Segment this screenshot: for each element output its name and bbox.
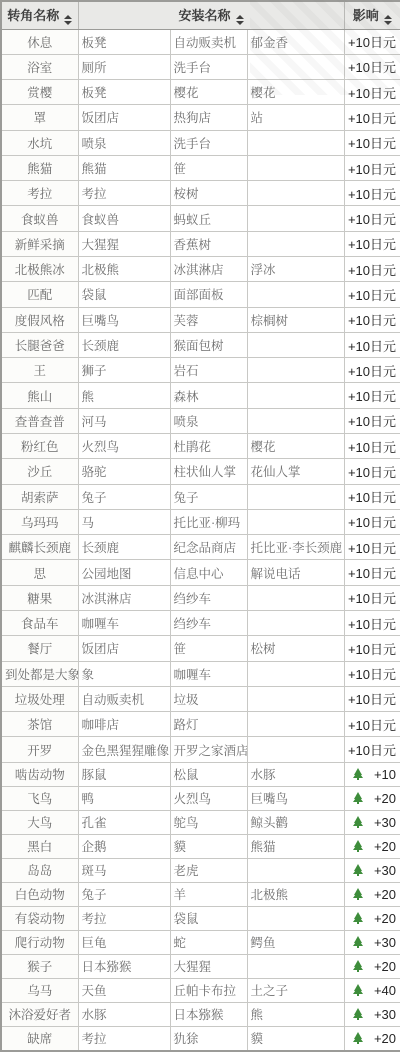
install-item-cell: 天鱼 [78,978,170,1002]
table-row: 食蚁兽食蚁兽蚂蚁丘+10日元 [1,206,400,231]
install-item-cell: 面部面板 [170,282,247,307]
effect-cell: +10日元 [344,181,400,206]
install-item-cell: 桉树 [170,181,247,206]
table-row: 长腿爸爸长颈鹿猴面包树+10日元 [1,332,400,357]
table-row: 餐厅饭团店笹松树+10日元 [1,636,400,661]
install-item-cell: 骆驼 [78,459,170,484]
install-item-cell: 笹 [170,636,247,661]
effect-value: +10日元 [348,411,396,430]
effect-cell: +10日元 [344,712,400,737]
install-item-cell: 兔子 [170,484,247,509]
table-row: 匹配袋鼠面部面板+10日元 [1,282,400,307]
effect-value: +10日元 [348,108,396,127]
install-item-cell: 板凳 [78,80,170,105]
effect-cell: +10日元 [344,585,400,610]
corner-name-cell: 猴子 [1,954,78,978]
table-row: 熊山熊森林+10日元 [1,383,400,408]
corner-name-cell: 粉红色 [1,434,78,459]
install-item-cell: 日本猕猴 [170,1002,247,1026]
install-item-cell: 熊 [247,1002,344,1026]
install-item-cell: 蚂蚁丘 [170,206,247,231]
corner-name-cell: 黑白 [1,834,78,858]
install-item-cell: 巨嘴鸟 [78,307,170,332]
install-item-cell: 冰淇淋店 [170,257,247,282]
corner-name-cell: 沙丘 [1,459,78,484]
effect-cell: +30 [344,858,400,882]
corner-name-cell: 罩 [1,105,78,130]
table-row: 乌马天鱼丘帕卡布拉土之子+40 [1,978,400,1002]
install-item-cell: 巨嘴鸟 [247,786,344,810]
table-row: 食品车咖喱车绉纱车+10日元 [1,610,400,635]
table-row: 爬行动物巨龟蛇鳄鱼+30 [1,930,400,954]
table-row: 啮齿动物豚鼠松鼠水豚+10 [1,762,400,786]
install-item-cell: 袋鼠 [78,282,170,307]
corner-name-cell: 飞鸟 [1,786,78,810]
tree-icon [353,888,364,900]
corner-name-cell: 王 [1,358,78,383]
corner-name-cell: 休息 [1,29,78,54]
install-item-cell: 厕所 [78,54,170,79]
corner-name-cell: 匹配 [1,282,78,307]
install-item-cell: 绉纱车 [170,610,247,635]
install-item-cell: 松树 [247,636,344,661]
table-row: 大鸟孔雀鸵鸟鲸头鹳+30 [1,810,400,834]
tree-icon [353,768,364,780]
install-item-cell: 咖喱车 [78,610,170,635]
table-row: 到处都是大象象咖喱车+10日元 [1,661,400,686]
effect-value: +30 [374,863,396,878]
install-item-cell: 郁金香 [247,29,344,54]
table-row: 有袋动物考拉袋鼠+20 [1,906,400,930]
install-item-cell: 北极熊 [78,257,170,282]
table-row: 黑白企鹅貘熊猫+20 [1,834,400,858]
tree-icon [353,984,364,996]
combo-table-page: 转角名称 安装名称 影响 休息板凳自动贩卖机郁金香+10日元浴室厕所洗手台+10… [0,0,400,1052]
install-item-cell: 洗手台 [170,130,247,155]
install-item-cell: 考拉 [78,1026,170,1051]
effect-cell: +20 [344,906,400,930]
install-item-cell: 熊猫 [247,834,344,858]
sort-icon [384,15,392,25]
install-item-cell: 斑马 [78,858,170,882]
effect-cell: +30 [344,930,400,954]
header-row: 转角名称 安装名称 影响 [1,1,400,29]
corner-name-cell: 食品车 [1,610,78,635]
corner-name-cell: 熊山 [1,383,78,408]
install-item-cell [247,906,344,930]
corner-name-cell: 考拉 [1,181,78,206]
table-row: 熊猫熊猫笹+10日元 [1,155,400,180]
install-item-cell: 岩石 [170,358,247,383]
effect-cell: +10日元 [344,459,400,484]
effect-value: +10日元 [348,32,396,51]
effect-value: +20 [374,959,396,974]
table-header: 转角名称 安装名称 影响 [1,1,400,29]
install-item-cell: 水豚 [247,762,344,786]
effect-cell: +10日元 [344,408,400,433]
effect-value: +10日元 [348,563,396,582]
table-row: 查普查普河马喷泉+10日元 [1,408,400,433]
install-item-cell [247,332,344,357]
corner-name-cell: 爬行动物 [1,930,78,954]
table-row: 沐浴爱好者水豚日本猕猴熊+30 [1,1002,400,1026]
effect-cell: +10 [344,762,400,786]
effect-value: +10日元 [348,614,396,633]
effect-cell: +10日元 [344,257,400,282]
effect-value: +20 [374,887,396,902]
effect-cell: +10日元 [344,130,400,155]
effect-cell: +20 [344,954,400,978]
install-item-cell [247,686,344,711]
corner-name-cell: 胡索萨 [1,484,78,509]
effect-value: +10日元 [348,159,396,178]
corner-name-cell: 啮齿动物 [1,762,78,786]
table-row: 缺席考拉犰狳貘+20 [1,1026,400,1051]
install-item-cell [247,858,344,882]
effect-cell: +10日元 [344,54,400,79]
install-item-cell: 解说电话 [247,560,344,585]
effect-value: +10日元 [348,462,396,481]
effect-value: +10日元 [348,310,396,329]
effect-cell: +20 [344,882,400,906]
install-item-cell: 香蕉树 [170,231,247,256]
install-item-cell: 咖喱车 [170,661,247,686]
corner-name-cell: 浴室 [1,54,78,79]
effect-value: +10日元 [348,487,396,506]
table-row: 麒麟长颈鹿长颈鹿纪念品商店托比亚·李长颈鹿+10日元 [1,535,400,560]
effect-cell: +10日元 [344,737,400,762]
effect-cell: +10日元 [344,661,400,686]
effect-cell: +10日元 [344,610,400,635]
effect-value: +10日元 [348,260,396,279]
effect-value: +10日元 [348,83,396,102]
install-item-cell [247,358,344,383]
effect-value: +10日元 [348,361,396,380]
install-item-cell: 鳄鱼 [247,930,344,954]
install-item-cell: 柱状仙人掌 [170,459,247,484]
install-item-cell: 站 [247,105,344,130]
install-item-cell: 巨龟 [78,930,170,954]
install-item-cell: 貘 [170,834,247,858]
tree-icon [353,1032,364,1044]
install-item-cell: 兔子 [78,484,170,509]
corner-name-cell: 乌玛玛 [1,509,78,534]
tree-icon [353,816,364,828]
table-row: 休息板凳自动贩卖机郁金香+10日元 [1,29,400,54]
effect-cell: +10日元 [344,155,400,180]
install-item-cell: 芙蓉 [170,307,247,332]
effect-cell: +10日元 [344,560,400,585]
effect-header-label: 影响 [353,8,379,23]
install-item-cell: 鲸头鹳 [247,810,344,834]
install-item-cell: 金色黑猩猩雕像 [78,737,170,762]
corner-name-cell: 餐厅 [1,636,78,661]
install-item-cell: 长颈鹿 [78,332,170,357]
install-item-cell [247,737,344,762]
install-item-cell: 饭团店 [78,105,170,130]
install-item-cell: 自动贩卖机 [78,686,170,711]
install-item-cell: 北极熊 [247,882,344,906]
effect-value: +10日元 [348,234,396,253]
effect-value: +10日元 [348,285,396,304]
install-item-cell: 企鹅 [78,834,170,858]
effect-value: +10日元 [348,588,396,607]
effect-value: +10日元 [348,538,396,557]
corner-name-cell: 有袋动物 [1,906,78,930]
effect-cell: +10日元 [344,686,400,711]
install-item-cell: 孔雀 [78,810,170,834]
tree-icon [353,912,364,924]
table-row: 赏樱板凳樱花樱花+10日元 [1,80,400,105]
install-item-cell: 象 [78,661,170,686]
table-row: 考拉考拉桉树+10日元 [1,181,400,206]
effect-cell: +30 [344,1002,400,1026]
col-header-effect[interactable]: 影响 [344,1,400,29]
col-header-install-name[interactable]: 安装名称 [78,1,344,29]
corner-name-cell: 垃圾处理 [1,686,78,711]
effect-value: +20 [374,1031,396,1046]
install-item-cell: 袋鼠 [170,906,247,930]
effect-cell: +10日元 [344,105,400,130]
table-row: 糖果冰淇淋店绉纱车+10日元 [1,585,400,610]
install-item-cell: 托比亚·李长颈鹿 [247,535,344,560]
table-row: 飞鸟鸭火烈鸟巨嘴鸟+20 [1,786,400,810]
table-row: 新鲜采摘大猩猩香蕉树+10日元 [1,231,400,256]
install-item-cell: 信息中心 [170,560,247,585]
install-item-cell: 火烈鸟 [170,786,247,810]
effect-value: +10日元 [348,689,396,708]
effect-cell: +10日元 [344,434,400,459]
effect-cell: +10日元 [344,231,400,256]
install-item-cell [247,54,344,79]
table-row: 开罗金色黑猩猩雕像开罗之家酒店+10日元 [1,737,400,762]
corner-name-cell: 开罗 [1,737,78,762]
corner-name-cell: 麒麟长颈鹿 [1,535,78,560]
install-item-cell: 垃圾 [170,686,247,711]
install-item-cell: 河马 [78,408,170,433]
sort-icon [64,15,72,25]
corner-name-cell: 北极熊冰 [1,257,78,282]
sort-icon [236,15,244,25]
install-item-cell: 杜鹃花 [170,434,247,459]
install-item-cell: 考拉 [78,181,170,206]
install-item-cell [247,130,344,155]
install-item-cell: 熊猫 [78,155,170,180]
effect-cell: +10日元 [344,332,400,357]
effect-value: +10日元 [348,715,396,734]
corner-name-cell: 赏樱 [1,80,78,105]
install-item-cell: 樱花 [247,80,344,105]
effect-value: +30 [374,815,396,830]
effect-value: +10日元 [348,209,396,228]
install-item-cell: 自动贩卖机 [170,29,247,54]
effect-value: +10日元 [348,386,396,405]
corner-name-cell: 到处都是大象 [1,661,78,686]
effect-cell: +10日元 [344,80,400,105]
corner-name-cell: 查普查普 [1,408,78,433]
effect-cell: +10日元 [344,484,400,509]
corner-name-cell: 岛岛 [1,858,78,882]
effect-cell: +10日元 [344,29,400,54]
corner-name-cell: 水坑 [1,130,78,155]
corner-name-cell: 大鸟 [1,810,78,834]
effect-cell: +10日元 [344,383,400,408]
effect-value: +20 [374,839,396,854]
install-item-cell [247,231,344,256]
install-item-cell: 浮冰 [247,257,344,282]
install-item-cell: 老虎 [170,858,247,882]
effect-value: +10日元 [348,639,396,658]
install-item-cell: 狮子 [78,358,170,383]
table-row: 岛岛斑马老虎+30 [1,858,400,882]
effect-cell: +10日元 [344,636,400,661]
install-item-cell: 咖啡店 [78,712,170,737]
corner-name-header-label: 转角名称 [7,8,59,23]
install-item-cell [247,954,344,978]
corner-name-cell: 茶馆 [1,712,78,737]
install-item-cell: 鸵鸟 [170,810,247,834]
table-row: 茶馆咖啡店路灯+10日元 [1,712,400,737]
table-row: 浴室厕所洗手台+10日元 [1,54,400,79]
corner-name-cell: 糖果 [1,585,78,610]
table-row: 猴子日本猕猴大猩猩+20 [1,954,400,978]
tree-icon [353,1008,364,1020]
install-item-cell: 犰狳 [170,1026,247,1051]
install-item-cell: 蛇 [170,930,247,954]
install-item-cell: 长颈鹿 [78,535,170,560]
table-row: 度假风格巨嘴鸟芙蓉棕榈树+10日元 [1,307,400,332]
install-item-cell: 饭团店 [78,636,170,661]
corner-name-cell: 新鲜采摘 [1,231,78,256]
effect-value: +10日元 [348,512,396,531]
corner-name-cell: 缺席 [1,1026,78,1051]
install-item-cell: 貘 [247,1026,344,1051]
effect-cell: +20 [344,786,400,810]
install-item-cell: 樱花 [247,434,344,459]
install-item-cell [247,181,344,206]
install-item-cell: 森林 [170,383,247,408]
effect-cell: +20 [344,1026,400,1051]
effect-cell: +20 [344,834,400,858]
tree-icon [353,936,364,948]
effect-cell: +10日元 [344,535,400,560]
install-item-cell: 兔子 [78,882,170,906]
install-item-cell [247,585,344,610]
corner-name-cell: 度假风格 [1,307,78,332]
install-item-cell: 樱花 [170,80,247,105]
install-item-cell: 花仙人掌 [247,459,344,484]
install-item-cell: 喷泉 [78,130,170,155]
corner-name-cell: 乌马 [1,978,78,1002]
effect-cell: +10日元 [344,358,400,383]
install-item-cell: 纪念品商店 [170,535,247,560]
effect-value: +10日元 [348,740,396,759]
effect-value: +20 [374,911,396,926]
install-item-cell: 大猩猩 [170,954,247,978]
tree-icon [353,960,364,972]
install-item-cell: 食蚁兽 [78,206,170,231]
table-row: 胡索萨兔子兔子+10日元 [1,484,400,509]
table-row: 水坑喷泉洗手台+10日元 [1,130,400,155]
install-item-cell [247,408,344,433]
install-item-cell: 开罗之家酒店 [170,737,247,762]
install-item-cell: 洗手台 [170,54,247,79]
install-item-cell [247,484,344,509]
install-item-cell: 大猩猩 [78,231,170,256]
install-item-cell [247,712,344,737]
effect-value: +10 [374,767,396,782]
combo-table: 转角名称 安装名称 影响 休息板凳自动贩卖机郁金香+10日元浴室厕所洗手台+10… [0,0,400,1052]
effect-cell: +10日元 [344,509,400,534]
table-row: 乌玛玛马托比亚·柳玛+10日元 [1,509,400,534]
install-item-cell: 马 [78,509,170,534]
corner-name-cell: 思 [1,560,78,585]
install-item-cell: 托比亚·柳玛 [170,509,247,534]
effect-cell: +10日元 [344,307,400,332]
table-row: 北极熊冰北极熊冰淇淋店浮冰+10日元 [1,257,400,282]
effect-value: +10日元 [348,664,396,683]
install-item-cell: 松鼠 [170,762,247,786]
tree-icon [353,840,364,852]
install-item-cell: 笹 [170,155,247,180]
install-item-cell [247,661,344,686]
corner-name-cell: 长腿爸爸 [1,332,78,357]
effect-value: +10日元 [348,184,396,203]
install-item-cell: 冰淇淋店 [78,585,170,610]
effect-cell: +30 [344,810,400,834]
install-item-cell: 豚鼠 [78,762,170,786]
install-item-cell: 羊 [170,882,247,906]
table-body: 休息板凳自动贩卖机郁金香+10日元浴室厕所洗手台+10日元赏樱板凳樱花樱花+10… [1,29,400,1051]
install-item-cell: 水豚 [78,1002,170,1026]
tree-icon [353,792,364,804]
corner-name-cell: 熊猫 [1,155,78,180]
install-item-cell [247,282,344,307]
install-item-cell: 考拉 [78,906,170,930]
effect-value: +10日元 [348,133,396,152]
install-item-cell: 熊 [78,383,170,408]
table-row: 垃圾处理自动贩卖机垃圾+10日元 [1,686,400,711]
col-header-corner-name[interactable]: 转角名称 [1,1,78,29]
effect-value: +10日元 [348,437,396,456]
install-item-cell: 鸭 [78,786,170,810]
install-item-cell: 喷泉 [170,408,247,433]
install-item-cell: 丘帕卡布拉 [170,978,247,1002]
effect-value: +30 [374,935,396,950]
table-row: 思公园地图信息中心解说电话+10日元 [1,560,400,585]
install-item-cell [247,383,344,408]
install-item-cell: 猴面包树 [170,332,247,357]
install-item-cell: 板凳 [78,29,170,54]
install-item-cell: 棕榈树 [247,307,344,332]
install-item-cell: 火烈鸟 [78,434,170,459]
install-item-cell: 热狗店 [170,105,247,130]
install-item-cell [247,509,344,534]
install-item-cell: 路灯 [170,712,247,737]
install-item-cell: 土之子 [247,978,344,1002]
effect-value: +20 [374,791,396,806]
table-row: 王狮子岩石+10日元 [1,358,400,383]
effect-value: +30 [374,1007,396,1022]
install-item-cell: 公园地图 [78,560,170,585]
install-item-cell: 绉纱车 [170,585,247,610]
install-item-cell [247,610,344,635]
install-name-header-label: 安装名称 [179,8,231,23]
table-row: 罩饭团店热狗店站+10日元 [1,105,400,130]
effect-cell: +40 [344,978,400,1002]
effect-value: +10日元 [348,336,396,355]
effect-cell: +10日元 [344,282,400,307]
